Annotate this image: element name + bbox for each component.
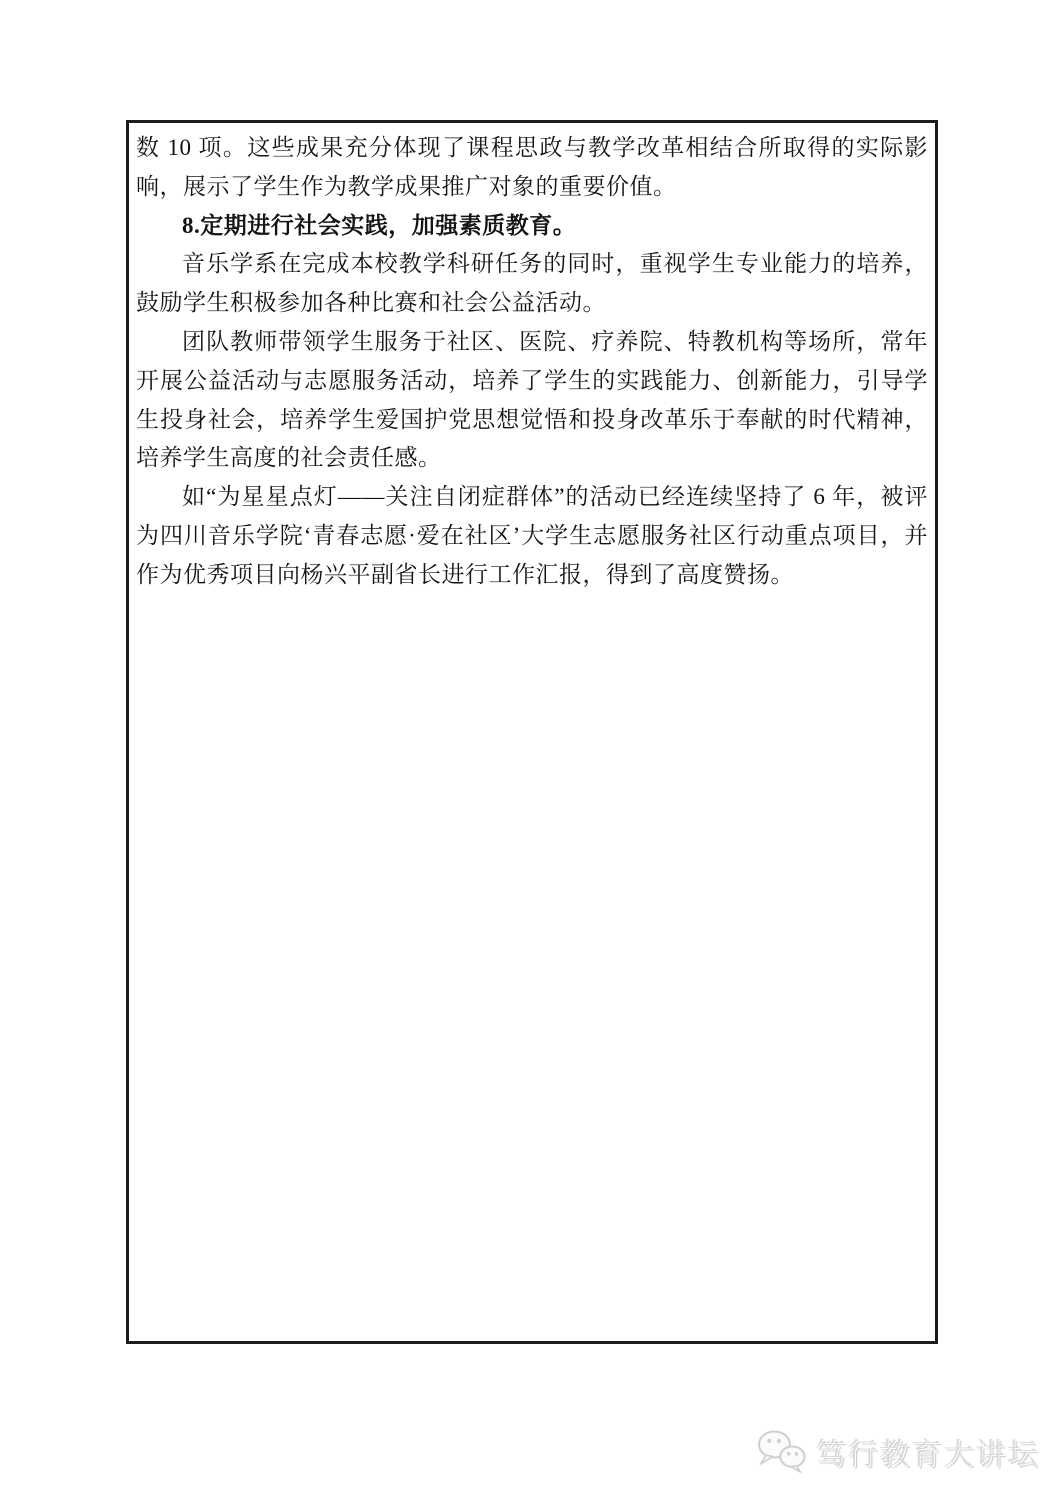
wechat-icon bbox=[755, 1428, 807, 1474]
document-text-cell: 数 10 项。这些成果充分体现了课程思政与教学改革相结合所取得的实际影响，展示了… bbox=[126, 120, 938, 1344]
paragraph: 如“为星星点灯——关注自闭症群体”的活动已经连续坚持了 6 年，被评为四川音乐学… bbox=[136, 478, 928, 594]
paragraph: 音乐学系在完成本校教学科研任务的同时，重视学生专业能力的培养，鼓励学生积极参加各… bbox=[136, 245, 928, 323]
paragraph-continuation: 数 10 项。这些成果充分体现了课程思政与教学改革相结合所取得的实际影响，展示了… bbox=[136, 129, 928, 207]
paragraph: 团队教师带领学生服务于社区、医院、疗养院、特教机构等场所，常年开展公益活动与志愿… bbox=[136, 323, 928, 478]
watermark: 笃行教育大讲坛 bbox=[755, 1428, 1039, 1474]
section-heading: 8.定期进行社会实践，加强素质教育。 bbox=[136, 207, 928, 246]
document-page: { "page": { "background": "#ffffff", "wi… bbox=[0, 0, 1061, 1500]
watermark-text: 笃行教育大讲坛 bbox=[815, 1429, 1039, 1473]
